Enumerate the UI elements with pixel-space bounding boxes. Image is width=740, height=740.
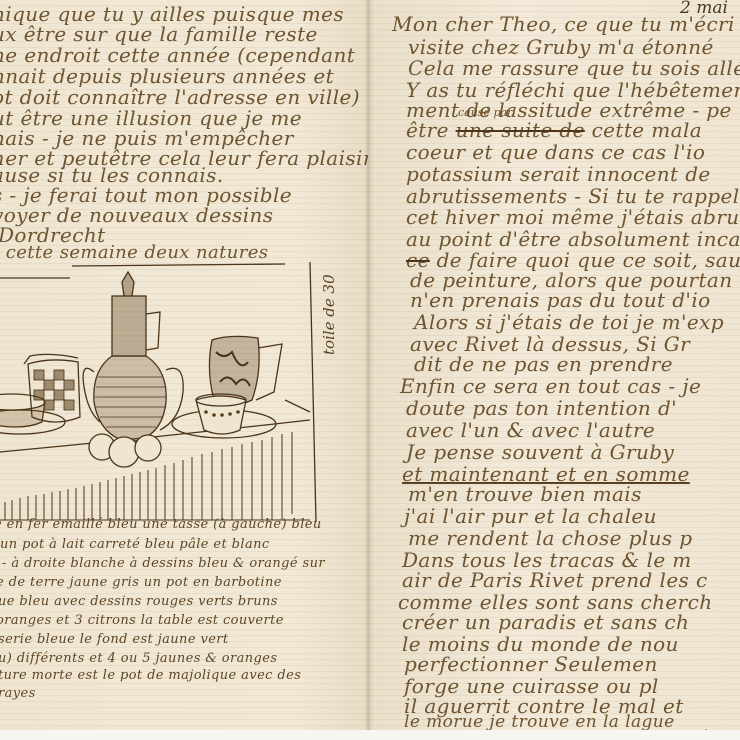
right-line: avec l'un & avec l'autre bbox=[406, 418, 655, 442]
sketch-margin-note: toile de 30 bbox=[320, 274, 338, 355]
right-line: Cela me rassure que tu sois allé bbox=[408, 56, 740, 80]
right-line: perfectionner Seulemen bbox=[404, 652, 658, 676]
right-line: Je pense souvent à Gruby bbox=[406, 440, 674, 464]
right-line: créer un paradis et sans ch bbox=[402, 610, 689, 634]
right-line: potassium serait innocent de bbox=[406, 162, 711, 186]
right-line: doute pas ton intention d' bbox=[406, 396, 677, 420]
caption-line: ture morte est le pot de majolique avec … bbox=[0, 668, 301, 683]
right-line: Enfin ce sera en tout cas - je bbox=[400, 374, 701, 398]
caption-line: un pot à lait carreté bleu pâle et blanc bbox=[0, 537, 270, 552]
right-line: être une suite de cette mala bbox=[406, 118, 702, 142]
scan-bottom-edge bbox=[0, 730, 740, 740]
caption-line: e de terre jaune gris un pot en barbotin… bbox=[0, 575, 282, 590]
right-line: dit de ne pas en prendre bbox=[414, 352, 673, 376]
still-life-sketch bbox=[0, 252, 320, 532]
right-line: m'en trouve bien mais bbox=[408, 482, 642, 506]
left-page: nique que tu y ailles puisque mes ux êtr… bbox=[0, 0, 368, 730]
caption-line: u) différents et 4 ou 5 jaunes & oranges bbox=[0, 651, 277, 666]
letter-spread: nique que tu y ailles puisque mes ux êtr… bbox=[0, 0, 740, 730]
right-line: coeur et que dans ce cas l'io bbox=[406, 140, 705, 164]
right-line: n'en prenais pas du tout d'io bbox=[410, 288, 711, 312]
caption-line: rayes bbox=[0, 686, 36, 701]
right-line: j'ai l'air pur et la chaleu bbox=[404, 504, 657, 528]
right-line: me rendent la chose plus p bbox=[408, 526, 693, 550]
right-line: cet hiver moi même j'étais abru bbox=[406, 205, 740, 229]
caption-line: ue bleu avec dessins rouges verts bruns bbox=[0, 594, 278, 609]
right-line: le morue je trouve en la lague bbox=[404, 712, 675, 730]
right-line: Mon cher Theo, ce que tu m'écri bbox=[392, 12, 735, 36]
caption-line: oranges et 3 citrons la table est couver… bbox=[0, 613, 284, 628]
right-line: air de Paris Rivet prend les c bbox=[402, 568, 708, 592]
right-page: 2 mai Mon cher Theo, ce que tu m'écri vi… bbox=[370, 0, 740, 730]
caption-line: e en fer emaillé bleu une tasse (à gauch… bbox=[0, 517, 322, 532]
right-line: Alors si j'étais de toi je m'exp bbox=[414, 310, 724, 334]
caption-line: serie bleue le fond est jaune vert bbox=[0, 632, 229, 647]
caption-line: - à droite blanche à dessins bleu & oran… bbox=[2, 556, 325, 571]
